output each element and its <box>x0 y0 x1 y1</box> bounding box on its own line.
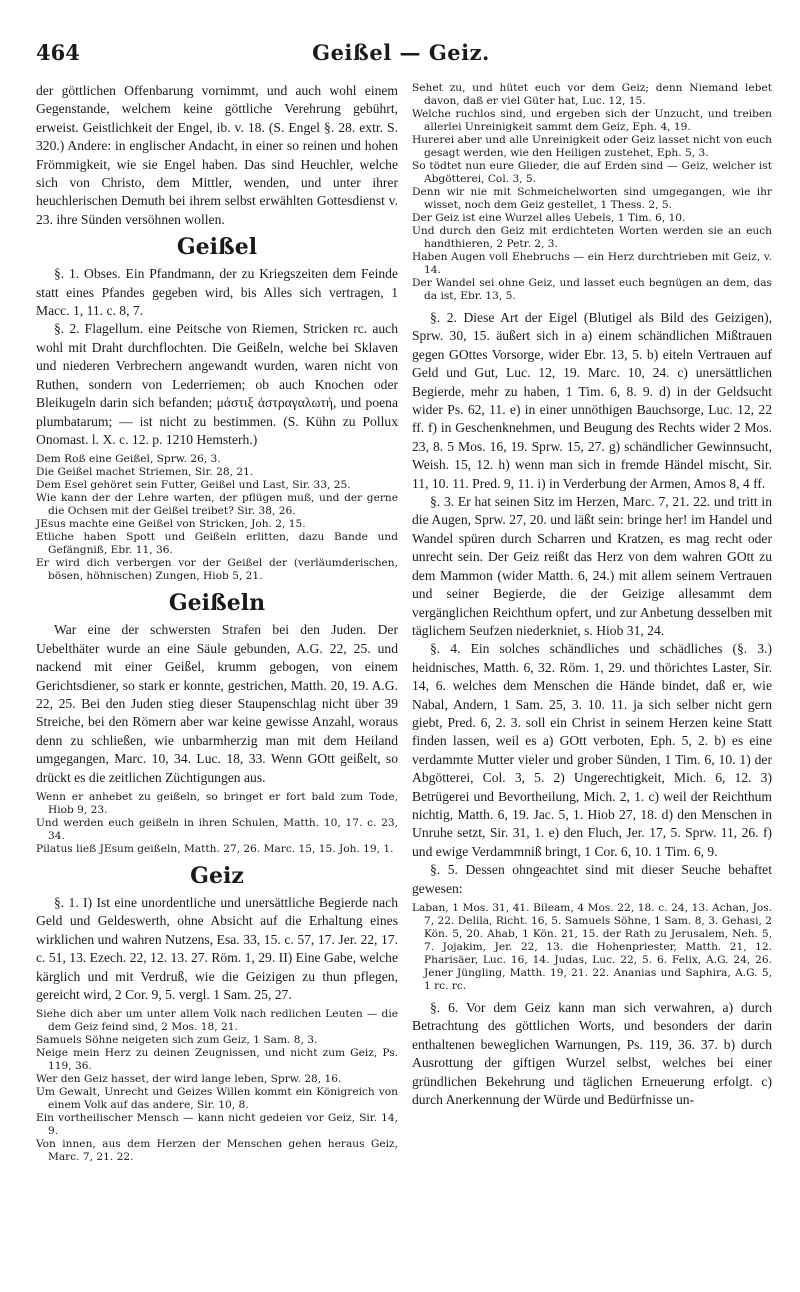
left-column: der göttlichen Offenbarung vornimmt, und… <box>36 82 398 1170</box>
citation: Wenn er anhebet zu geißeln, so bringet e… <box>36 791 398 817</box>
citation: Siehe dich aber um unter allem Volk nach… <box>36 1008 398 1034</box>
citation: Von innen, aus dem Herzen der Menschen g… <box>36 1138 398 1164</box>
paragraph: §. 2. Flagellum. eine Peitsche von Rieme… <box>36 320 398 449</box>
paragraph: §. 6. Vor dem Geiz kann man sich verwahr… <box>412 999 772 1109</box>
entry-geiz: Geiz §. 1. I) Ist eine unordentliche und… <box>36 862 398 1164</box>
citation: Sehet zu, und hütet euch vor dem Geiz; d… <box>412 82 772 108</box>
citation: So tödtet nun eure Glieder, die auf Erde… <box>412 160 772 186</box>
citation-list: Sehet zu, und hütet euch vor dem Geiz; d… <box>412 82 772 303</box>
citation: Der Geiz ist eine Wurzel alles Uebels, 1… <box>412 212 772 225</box>
examples-text: Laban, 1 Mos. 31, 41. Bileam, 4 Mos. 22,… <box>412 902 772 993</box>
right-column: Sehet zu, und hütet euch vor dem Geiz; d… <box>412 82 772 1109</box>
citation: JEsus machte eine Geißel von Stricken, J… <box>36 518 398 531</box>
citation: Der Wandel sei ohne Geiz, und lasset euc… <box>412 277 772 303</box>
citation: Denn wir nie mit Schmeichelworten sind u… <box>412 186 772 212</box>
entry-heading: Geiz <box>36 862 398 890</box>
citation: Etliche haben Spott und Geißeln erlitten… <box>36 531 398 557</box>
citation: Wer den Geiz hasset, der wird lange lebe… <box>36 1073 398 1086</box>
citation: Und durch den Geiz mit erdichteten Worte… <box>412 225 772 251</box>
paragraph: §. 1. Obses. Ein Pfandmann, der zu Krieg… <box>36 265 398 320</box>
paragraph: §. 2. Diese Art der Eigel (Blutigel als … <box>412 309 772 493</box>
entry-geissel: Geißel §. 1. Obses. Ein Pfandmann, der z… <box>36 233 398 583</box>
citation: Welche ruchlos sind, und ergeben sich de… <box>412 108 772 134</box>
intro-paragraph: der göttlichen Offenbarung vornimmt, und… <box>36 82 398 229</box>
entry-heading: Geißeln <box>36 589 398 617</box>
citation: Ein vortheilischer Mensch — kann nicht g… <box>36 1112 398 1138</box>
running-title: Geißel — Geiz. <box>36 40 766 65</box>
paragraph: War eine der schwersten Strafen bei den … <box>36 621 398 787</box>
entry-heading: Geißel <box>36 233 398 261</box>
citation: Dem Roß eine Geißel, Sprw. 26, 3. <box>36 453 398 466</box>
citation-list: Wenn er anhebet zu geißeln, so bringet e… <box>36 791 398 856</box>
paragraph: §. 4. Ein solches schändliches und schäd… <box>412 640 772 861</box>
entry-geisseln: Geißeln War eine der schwersten Strafen … <box>36 589 398 856</box>
citation: Und werden euch geißeln in ihren Schulen… <box>36 817 398 843</box>
citation: Pilatus ließ JEsum geißeln, Matth. 27, 2… <box>36 843 398 856</box>
citation: Wie kann der der Lehre warten, der pflüg… <box>36 492 398 518</box>
paragraph: §. 3. Er hat seinen Sitz im Herzen, Marc… <box>412 493 772 640</box>
citation: Die Geißel machet Striemen, Sir. 28, 21. <box>36 466 398 479</box>
citation: Dem Esel gehöret sein Futter, Geißel und… <box>36 479 398 492</box>
citation: Hurerei aber und alle Unreinigkeit oder … <box>412 134 772 160</box>
citation-list: Siehe dich aber um unter allem Volk nach… <box>36 1008 398 1164</box>
citation-list: Dem Roß eine Geißel, Sprw. 26, 3. Die Ge… <box>36 453 398 583</box>
citation: Samuels Söhne neigeten sich zum Geiz, 1 … <box>36 1034 398 1047</box>
citation: Er wird dich verbergen vor der Geißel de… <box>36 557 398 583</box>
paragraph: §. 1. I) Ist eine unordentliche und uner… <box>36 894 398 1004</box>
page-header: 464 Geißel — Geiz. <box>36 40 766 70</box>
citation: Neige mein Herz zu deinen Zeugnissen, un… <box>36 1047 398 1073</box>
paragraph: §. 5. Dessen ohngeachtet sind mit dieser… <box>412 861 772 898</box>
examples-list: Laban, 1 Mos. 31, 41. Bileam, 4 Mos. 22,… <box>412 902 772 993</box>
citation: Um Gewalt, Unrecht und Geizes Willen kom… <box>36 1086 398 1112</box>
citation: Haben Augen voll Ehebruchs — ein Herz du… <box>412 251 772 277</box>
